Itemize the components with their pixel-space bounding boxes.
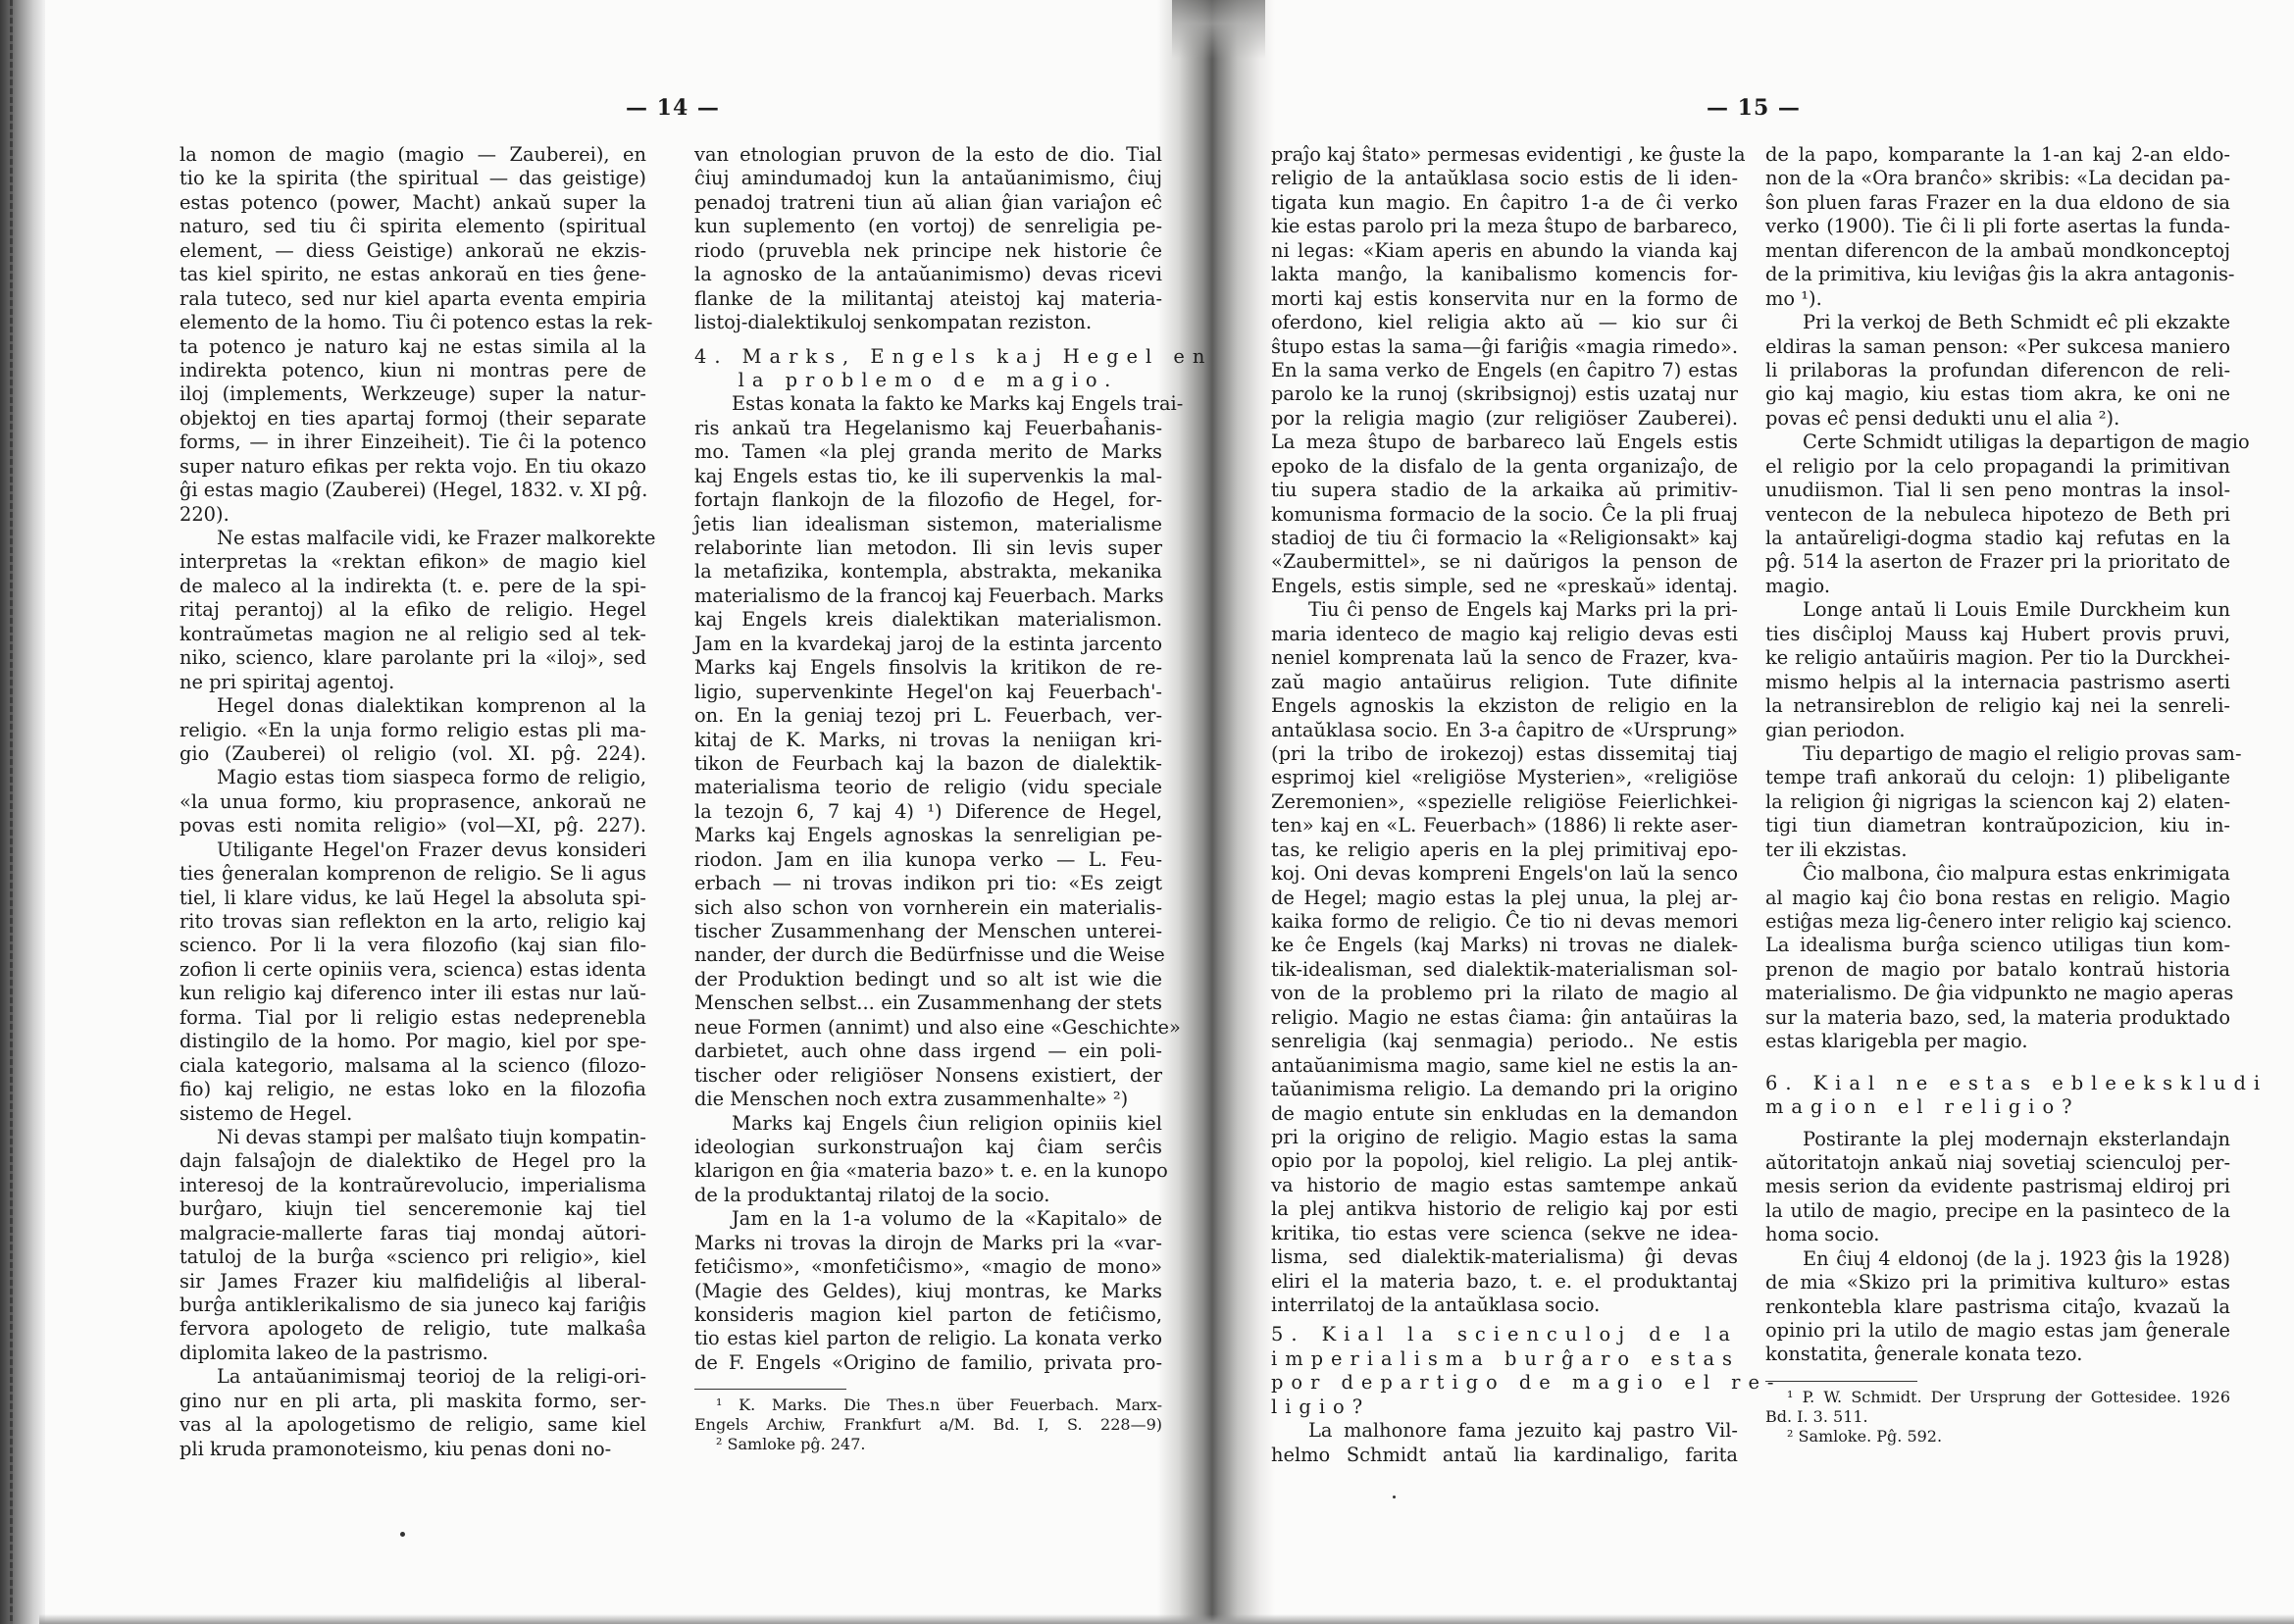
text-line: kun suplemento (en vortoj) de senreligia… — [694, 215, 1162, 238]
text-line: ne pri spiritaj agentoj. — [179, 671, 646, 694]
text-line: la plej antikva historio de religio kaj … — [1271, 1197, 1738, 1221]
text-line: ideologian surkonstruaĵon kaj ĉiam serĉi… — [694, 1136, 1162, 1159]
text-line: ligio, supervenkinte Hegel'on kaj Feuerb… — [694, 681, 1162, 704]
text-line: parolo ke la runoj (skribsignoj) estis u… — [1271, 382, 1738, 406]
text-line: de la produktantaj rilatoj de la socio. — [694, 1184, 1162, 1207]
text-line: ties disĉiploj Mauss kaj Hubert provis p… — [1765, 623, 2230, 646]
text-line: Marks kaj Engels finsolvis la kritikon d… — [694, 656, 1162, 680]
heading-line: 5. Kial la scienculoj de la — [1271, 1323, 1738, 1346]
column-3-body-after-heading: La malhonore fama jezuito kaj pastro Vil… — [1271, 1419, 1738, 1467]
text-line: ties ĝeneralan komprenon de religio. Se … — [179, 862, 646, 886]
text-line: Jam en la 1-a volumo de la «Kapitalo» de — [694, 1207, 1162, 1231]
text-line: tischer Zusammenhang der Menschen untere… — [694, 920, 1162, 943]
text-line: tiu supera stadio de la arkaika aŭ primi… — [1271, 479, 1738, 502]
text-line: koj. Oni devas kompreni Engels'on laŭ la… — [1271, 862, 1738, 886]
text-line: En ĉiuj 4 eldonoj (de la j. 1923 ĝis la … — [1765, 1247, 2230, 1271]
column-4-body-before-heading: de la papo, komparante la 1-an kaj 2-an … — [1765, 143, 2230, 1054]
text-line: konstatita, ĝenerale konata tezo. — [1765, 1343, 2230, 1366]
text-line: religio de la antaŭklasa socio estis de … — [1271, 167, 1738, 190]
text-line: burĝa antiklerikalismo de sia juneco kaj… — [179, 1294, 646, 1317]
right-page-column-4: de la papo, komparante la 1-an kaj 2-an … — [1765, 143, 2230, 1446]
text-line: epoko de la disfalo de la genta organiza… — [1271, 455, 1738, 479]
text-line: komunisma formacio de la socio. Ĉe la pl… — [1271, 503, 1738, 527]
text-line: ŝon pluen faras Frazer en la dua eldono … — [1765, 191, 2230, 215]
text-line: magio. — [1765, 575, 2230, 598]
text-line: (Magie des Geldes), kiuj montras, ke Mar… — [694, 1280, 1162, 1303]
text-line: Pri la verkoj de Beth Schmidt eĉ pli ekz… — [1765, 311, 2230, 334]
text-line: relaborinte lian metodon. Ili sin levis … — [694, 536, 1162, 560]
text-line: rito trovas sian reflekton en la arto, r… — [179, 910, 646, 934]
footnote-divider — [694, 1389, 846, 1390]
text-line: lisma, sed dialektik-materialisma) ĝi de… — [1271, 1245, 1738, 1269]
text-line: scienco. Por li la vera filozofio (kaj s… — [179, 934, 646, 957]
text-line: gian periodon. — [1765, 719, 2230, 742]
text-line: elemento de la homo. Tiu ĉi potenco esta… — [179, 311, 646, 334]
text-line: religio. Magio ne estas ĉiama: ĝin antaŭ… — [1271, 1006, 1738, 1030]
text-line: van etnologian pruvon de la esto de dio.… — [694, 143, 1162, 167]
text-line: al magio kaj ĉio bona restas en religio.… — [1765, 887, 2230, 910]
text-line: sistemo de Hegel. — [179, 1102, 646, 1126]
text-line: mo ¹). — [1765, 287, 2230, 311]
text-line: opinio pri la utilo de magio estas jam ĝ… — [1765, 1319, 2230, 1343]
text-line: pli kruda pramonoteismo, kiu penas doni … — [179, 1438, 646, 1461]
text-line: forma. Tial por li religio estas nedepre… — [179, 1006, 646, 1030]
section-5-heading: 5. Kial la scienculoj de laimperialisma … — [1271, 1323, 1738, 1419]
text-line: erbach — ni trovas indikon pri tio: «Es … — [694, 872, 1162, 895]
text-line: la utilo de magio, precipe en la pasinte… — [1765, 1199, 2230, 1223]
text-line: Estas konata la fakto ke Marks kaj Engel… — [694, 392, 1162, 416]
footnote-divider — [1765, 1381, 1917, 1382]
text-line: estas potenco (power, Macht) ankaŭ super… — [179, 191, 646, 215]
footnote-line: Engels Archiw, Frankfurt a/M. Bd. I, S. … — [694, 1415, 1162, 1435]
text-line: Engels agnoskis la ekziston de religio e… — [1271, 694, 1738, 718]
text-line: Ĉio malbona, ĉio malpura estas enkrimiga… — [1765, 862, 2230, 886]
text-line: gio kaj magio, kiu estas tiom akra, ke o… — [1765, 382, 2230, 406]
text-line: verko (1900). Tie ĉi li pli forte aserta… — [1765, 215, 2230, 238]
text-line: mo. Tamen «la plej granda merito de Mark… — [694, 440, 1162, 464]
text-line: indirekta potenco, kiun ni montras pere … — [179, 359, 646, 382]
text-line: fervora apologeto de religio, tute malka… — [179, 1317, 646, 1341]
text-line: penadoj tratreni tiun aŭ alian ĝian vari… — [694, 191, 1162, 215]
text-line: la metafizika, kontempla, abstrakta, mek… — [694, 560, 1162, 584]
text-line: esprimoj kiel «religiöse Mysterien», «re… — [1271, 766, 1738, 789]
text-line: La meza ŝtupo de barbareco laŭ Engels es… — [1271, 431, 1738, 454]
footnote-line: ² Samloke pĝ. 247. — [694, 1435, 1162, 1454]
text-line: Marks kaj Engels ĉiun religion opiniis k… — [694, 1112, 1162, 1136]
text-line: helmo Schmidt antaŭ lia kardinaligo, far… — [1271, 1444, 1738, 1467]
text-line: sur la materia bazo, sed, la materia pro… — [1765, 1006, 2230, 1030]
text-line: Ni devas stampi per malŝato tiujn kompat… — [179, 1126, 646, 1149]
text-line: de maleco al la indirekta (t. e. pere de… — [179, 575, 646, 598]
text-line: tio ke la spirita (the spiritual — das g… — [179, 167, 646, 190]
text-line: ke ĉe Engels (kaj Marks) ni trovas ne di… — [1271, 934, 1738, 957]
text-line: morti kaj estis konservita nur en la for… — [1271, 287, 1738, 311]
text-line: ris ankaŭ tra Hegelanismo kaj Feuerbaĥan… — [694, 417, 1162, 440]
left-page-column-2: van etnologian pruvon de la esto de dio.… — [694, 143, 1162, 1454]
text-line: ŝtupo estas la sama—ĝi fariĝis «magia ri… — [1271, 335, 1738, 359]
text-line: Utiligante Hegel'on Frazer devus konside… — [179, 838, 646, 862]
text-line: la netransireblon de religio kaj nei la … — [1765, 694, 2230, 718]
text-line: listoj-dialektikuloj senkompatan rezisto… — [694, 311, 1162, 334]
text-line: opio por la popoloj, kiel religio. La pl… — [1271, 1149, 1738, 1173]
footnote-line: Bd. I. 3. 511. — [1765, 1407, 2230, 1427]
text-line: li prilaboras la profundan diferencon de… — [1765, 359, 2230, 382]
text-line: der Produktion bedingt und so alt ist wi… — [694, 968, 1162, 991]
text-line: La idealisma burĝa scienco utiligas tiun… — [1765, 934, 2230, 957]
heading-line: por departigo de magio el re- — [1271, 1371, 1738, 1395]
text-line: pĝ. 514 la aserton de Frazer pri la prio… — [1765, 550, 2230, 574]
text-line: ni legas: «Kiam aperis en abundo la vian… — [1271, 239, 1738, 263]
footnote-line: ¹ K. Marks. Die Thes.n über Feuerbach. M… — [694, 1396, 1162, 1415]
text-line: gio (Zauberei) ol religio (vol. XI. pĝ. … — [179, 742, 646, 766]
column-2-body-after-heading: Estas konata la fakto ke Marks kaj Engel… — [694, 392, 1162, 1375]
text-line: tigi tiun diametran kontraŭpozicion, kiu… — [1765, 814, 2230, 837]
heading-line: 6. Kial ne estas ebleekskludi — [1765, 1072, 2230, 1095]
heading-line: la problemo de magio. — [694, 369, 1162, 392]
text-line: Certe Schmidt utiligas la departigon de … — [1765, 431, 2230, 454]
text-line: tio estas kiel parton de religio. La kon… — [694, 1327, 1162, 1350]
text-line: religio. «En la unja formo religio estas… — [179, 719, 646, 742]
text-line: ten» kaj en «L. Feuerbach» (1886) li rek… — [1271, 814, 1738, 837]
text-line: distingilo de la homo. Por magio, kiel p… — [179, 1030, 646, 1053]
text-line: rala tuteco, sed nur kiel aparta eventa … — [179, 287, 646, 311]
text-line: sir James Frazer kiu malfideliĝis al lib… — [179, 1270, 646, 1294]
text-line: estas klarigebla per magio. — [1765, 1030, 2230, 1053]
text-line: la religion ĝi nigrigas la sciencon kaj … — [1765, 790, 2230, 814]
text-line: tigata kun magio. En ĉapitro 1-a de ĉi v… — [1271, 191, 1738, 215]
text-line: mismo helpis al la internacia pastrismo … — [1765, 671, 2230, 694]
text-line: mesis serion da evidente pastrismaj eldi… — [1765, 1175, 2230, 1198]
text-line: eliri el la materia bazo, t. e. el produ… — [1271, 1270, 1738, 1294]
text-line: senreligia (kaj senmagia) periodo.. Ne e… — [1271, 1030, 1738, 1053]
text-line: de F. Engels «Origino de familio, privat… — [694, 1351, 1162, 1375]
text-line: super naturo efikas per rekta vojo. En t… — [179, 455, 646, 479]
page-bottom-edge — [39, 1614, 2294, 1624]
text-line: riodo (pruvebla nek principe nek histori… — [694, 239, 1162, 263]
text-line: Longe antaŭ li Louis Emile Durckheim kun — [1765, 598, 2230, 622]
text-line: En la sama verko de Engels (en ĉapitro 7… — [1271, 359, 1738, 382]
text-line: tischer oder religiöser Nonsens existier… — [694, 1064, 1162, 1088]
page-number-left: — 14 — — [626, 95, 720, 121]
text-line: ke religio antaŭiris magion. Per tio la … — [1765, 646, 2230, 670]
text-line: zofion li certe opiniis vera, scienca) e… — [179, 958, 646, 982]
text-line: kontraŭmetas magion ne al religio sed al… — [179, 623, 646, 646]
text-line: maria identeco de magio kaj religio deva… — [1271, 623, 1738, 646]
text-line: on. En la geniaj tezoj pri L. Feuerbach,… — [694, 704, 1162, 728]
text-line: eldiras la saman penson: «Per sukcesa ma… — [1765, 335, 2230, 359]
text-line: de magio entute sin enkludas en la deman… — [1271, 1102, 1738, 1126]
text-line: Tiu ĉi penso de Engels kaj Marks pri la … — [1271, 598, 1738, 622]
text-line: sich also schon von vornherein ein mater… — [694, 896, 1162, 920]
text-line: ĉiuj amindumadoj kun la antaŭanimismo, ĉ… — [694, 167, 1162, 190]
text-line: kun religio kaj diferenco inter ili esta… — [179, 982, 646, 1005]
text-line: pri la origino de religio. Magio estas l… — [1271, 1126, 1738, 1149]
text-line: Zeremonien», «spezielle religiöse Feierl… — [1271, 790, 1738, 814]
text-line: tas kiel spirito, ne estas ankoraŭ en ti… — [179, 263, 646, 286]
column-2-footnotes: ¹ K. Marks. Die Thes.n über Feuerbach. M… — [694, 1396, 1162, 1454]
text-line: klarigon en ĝia «materia bazo» t. e. en … — [694, 1159, 1162, 1183]
text-line: kie estas parolo pri la meza ŝtupo de ba… — [1271, 215, 1738, 238]
heading-line: ligio? — [1271, 1396, 1738, 1419]
text-line: iloj (implements, Werkzeuge) super la na… — [179, 382, 646, 406]
text-line: homa socio. — [1765, 1223, 2230, 1246]
heading-line: magion el religio? — [1765, 1095, 2230, 1119]
text-line: (pri la tribo de irokezoj) estas dissemi… — [1271, 742, 1738, 766]
left-page-column-1: la nomon de magio (magio — Zauberei), en… — [179, 143, 646, 1461]
text-line: va historio de magio estas samtempe anka… — [1271, 1174, 1738, 1197]
text-line: materialismo. De ĝia vidpunkto ne magio … — [1765, 982, 2230, 1005]
text-line: konsideris magion kiel parton de fetiĉis… — [694, 1303, 1162, 1327]
text-line: kaj Engels kreis dialektikan materialism… — [694, 608, 1162, 632]
section-4-heading: 4. Marks, Engels kaj Hegel enla problemo… — [694, 345, 1162, 393]
text-line: ĵetis lian idealisman sistemon, material… — [694, 513, 1162, 536]
text-line: Marks ni trovas la dirojn de Marks pri l… — [694, 1232, 1162, 1255]
text-line: burĝaro, kiujn tiel senceremonie kaj tie… — [179, 1197, 646, 1221]
text-line: kaika formo de religio. Ĉe tio ni devas … — [1271, 910, 1738, 934]
text-line: element, — diess Geistige) ankoraŭ ne ek… — [179, 239, 646, 263]
text-line: 220). — [179, 503, 646, 527]
text-line: de Hegel; magio estas la plej unua, la p… — [1271, 887, 1738, 910]
text-line: povas esti nomita religio» (vol—XI, pĝ. … — [179, 814, 646, 837]
text-line: el religio por la celo propagandi la pri… — [1765, 455, 2230, 479]
text-line: kaj Engels estas tio, ke ili supervenkis… — [694, 465, 1162, 488]
text-line: Marks kaj Engels agnoskas la senreligian… — [694, 824, 1162, 847]
text-line: la nomon de magio (magio — Zauberei), en — [179, 143, 646, 167]
text-line: tempe trafi ankoraŭ du celojn: 1) plibel… — [1765, 766, 2230, 789]
text-line: lakta manĝo, la kanibalismo komencis for… — [1271, 263, 1738, 286]
book-gutter-shadow — [1157, 0, 1275, 1624]
text-line: «Zaubermittel», se ni daŭrigos la penson… — [1271, 550, 1738, 574]
text-line: renkontebla klare pastrisma citaĵo, kvaz… — [1765, 1295, 2230, 1319]
text-line: tiel, li klare vidus, ke laŭ Hegel la ab… — [179, 887, 646, 910]
text-line: unudiismon. Tial li sen peno montras la … — [1765, 479, 2230, 502]
text-line: tas, ke religio aperis en la plej primit… — [1271, 838, 1738, 862]
column-3-body-before-heading: praĵo kaj ŝtato» permesas evidentigi , k… — [1271, 143, 1738, 1317]
text-line: non de la «Ora branĉo» skribis: «La deci… — [1765, 167, 2230, 190]
column-4-footnotes: ¹ P. W. Schmidt. Der Ursprung der Gottes… — [1765, 1388, 2230, 1446]
text-line: malgracie-mallerte faras tiaj mondaj aŭt… — [179, 1222, 646, 1245]
text-line: oferdono, kiel religia akto aŭ — kio sur… — [1271, 311, 1738, 334]
text-line: la tezojn 6, 7 kaj 4) ¹) Diference de He… — [694, 800, 1162, 824]
text-line: la antaŭreligi-dogma stadio kaj refutas … — [1765, 527, 2230, 550]
text-line: interpretas la «rektan efikon» de magio … — [179, 550, 646, 574]
text-line: Ne estas malfacile vidi, ke Frazer malko… — [179, 527, 646, 550]
text-line: la agnosko de la antaŭanimismo) devas ri… — [694, 263, 1162, 286]
text-line: tikon de Feurbach kaj la bazon de dialek… — [694, 752, 1162, 776]
gutter-top-shadow — [1172, 0, 1265, 59]
footnote-line: ² Samloke. Pĝ. 592. — [1765, 1427, 2230, 1446]
text-line: estiĝas meza lig-ĉenero inter religio ka… — [1765, 910, 2230, 934]
section-6-heading: 6. Kial ne estas ebleekskludimagion el r… — [1765, 1072, 2230, 1120]
text-line: Menschen selbst... ein Zusammenhang der … — [694, 991, 1162, 1015]
text-line: materialismo de la francoj kaj Feuerbach… — [694, 584, 1162, 608]
text-line: Hegel donas dialektikan komprenon al la — [179, 694, 646, 718]
text-line: «la unua formo, kiu proprasence, ankoraŭ… — [179, 790, 646, 814]
text-line: antaŭanimisma magio, same kiel ne estis … — [1271, 1054, 1738, 1078]
heading-line: 4. Marks, Engels kaj Hegel en — [694, 345, 1162, 369]
text-line: stadioj de tiu ĉi formacio la «Religions… — [1271, 527, 1738, 550]
text-line: ter ili ekzistas. — [1765, 838, 2230, 862]
footnote-line: ¹ P. W. Schmidt. Der Ursprung der Gottes… — [1765, 1388, 2230, 1407]
text-line: forms, — in ihrer Einzeiheit). Tie ĉi la… — [179, 431, 646, 454]
text-line: ta potenco je naturo kaj ne estas simila… — [179, 335, 646, 359]
text-line: riodon. Jam en ilia kunopa verko — L. Fe… — [694, 848, 1162, 872]
text-line: naturo, sed tiu ĉi spirita elemento (spi… — [179, 215, 646, 238]
text-line: nander, der durch die Bedürfnisse und di… — [694, 943, 1162, 967]
text-line: darbietet, auch ohne dass irgend — ein p… — [694, 1040, 1162, 1063]
text-line: aŭtoritatojn ankaŭ niaj sovetiaj sciencu… — [1765, 1151, 2230, 1175]
text-line: neue Formen (annimt) und also eine «Gesc… — [694, 1016, 1162, 1040]
text-line: interesoj de la kontraŭrevolucio, imperi… — [179, 1174, 646, 1197]
text-line: antaŭklasa socio. En 3-a ĉapitro de «Urs… — [1271, 719, 1738, 742]
text-line: zaŭ magio antaŭirus religion. Tute difin… — [1271, 671, 1738, 694]
column-2-body-before-heading: van etnologian pruvon de la esto de dio.… — [694, 143, 1162, 335]
text-line: povas eĉ pensi dedukti unu el alia ²). — [1765, 407, 2230, 431]
ink-speck — [400, 1532, 405, 1537]
text-line: kritika, tio estas vere scienca (sekve n… — [1271, 1222, 1738, 1245]
text-line: fetiĉismo», «monfetiĉismo», «magio de mo… — [694, 1255, 1162, 1279]
heading-line: imperialisma burĝaro estas — [1271, 1347, 1738, 1371]
text-line: Magio estas tiom siaspeca formo de relig… — [179, 766, 646, 789]
text-line: de mia «Skizo pri la primitiva kulturo» … — [1765, 1271, 2230, 1294]
book-binding-edge — [0, 0, 45, 1624]
text-line: gino nur en pli arta, pli maskita formo,… — [179, 1390, 646, 1413]
text-line: por la religia magio (zur religiöser Zau… — [1271, 407, 1738, 431]
text-line: de la papo, komparante la 1-an kaj 2-an … — [1765, 143, 2230, 167]
text-line: interrilatoj de la antaŭklasa socio. — [1271, 1294, 1738, 1317]
text-line: neniel komprenata laŭ la senco de Frazer… — [1271, 646, 1738, 670]
text-line: Tiu departigo de magio el religio provas… — [1765, 742, 2230, 766]
right-page-column-3: praĵo kaj ŝtato» permesas evidentigi , k… — [1271, 143, 1738, 1467]
text-line: vas al la apologetismo de religio, same … — [179, 1413, 646, 1437]
text-line: praĵo kaj ŝtato» permesas evidentigi , k… — [1271, 143, 1738, 167]
text-line: objektoj en ties apartaj formoj (their s… — [179, 407, 646, 431]
text-line: ciala kategorio, malsama al la scienco (… — [179, 1054, 646, 1078]
text-line: von de la problemo pri la rilato de magi… — [1271, 982, 1738, 1005]
text-line: de la primitiva, kiu leviĝas ĝis la akra… — [1765, 263, 2230, 286]
text-line: ritaj perantoj) al la efiko de religio. … — [179, 598, 646, 622]
text-line: fio) kaj religio, ne estas loko en la fi… — [179, 1078, 646, 1101]
page-number-right: — 15 — — [1707, 95, 1801, 121]
text-line: ventecon de la nebuleca hipotezo de Beth… — [1765, 503, 2230, 527]
column-4-body-after-heading: Postirante la plej modernajn eksterlanda… — [1765, 1128, 2230, 1367]
text-line: La malhonore fama jezuito kaj pastro Vil… — [1271, 1419, 1738, 1443]
text-line: die Menschen noch extra zusammenhalte» ²… — [694, 1088, 1162, 1111]
text-line: tatuloj de la burĝa «scienco pri religio… — [179, 1245, 646, 1269]
text-line: tik-idealisman, sed dialektik-materialis… — [1271, 958, 1738, 982]
text-line: niko, scienco, klare parolante pri la «i… — [179, 646, 646, 670]
text-line: Jam en la kvardekaj jaroj de la estinta … — [694, 633, 1162, 656]
text-line: Postirante la plej modernajn eksterlanda… — [1765, 1128, 2230, 1151]
text-line: kitaj de K. Marks, ni trovas la neniigan… — [694, 729, 1162, 752]
text-line: La antaŭanimismaj teorioj de la religi-o… — [179, 1365, 646, 1389]
text-line: prenon de magio por batalo kontraŭ histo… — [1765, 958, 2230, 982]
text-line: Engels, estis simple, sed ne «preskaŭ» i… — [1271, 575, 1738, 598]
text-line: flanke de la militantaj ateistoj kaj mat… — [694, 287, 1162, 311]
text-line: taŭanimisma religio. La demando pri la o… — [1271, 1078, 1738, 1101]
ink-speck — [1393, 1496, 1396, 1498]
text-line: dajn falsaĵojn de dialektiko de Hegel pr… — [179, 1149, 646, 1173]
text-line: diplomita lakeo de la pastrismo. — [179, 1342, 646, 1365]
text-line: materialisma teorio de religio (vidu spe… — [694, 776, 1162, 799]
text-line: ĝi estas magio (Zauberei) (Hegel, 1832. … — [179, 479, 646, 502]
text-line: fortajn flankojn de la filozofio de Hege… — [694, 488, 1162, 512]
text-line: mentan diferencon de la ambaŭ mondkoncep… — [1765, 239, 2230, 263]
